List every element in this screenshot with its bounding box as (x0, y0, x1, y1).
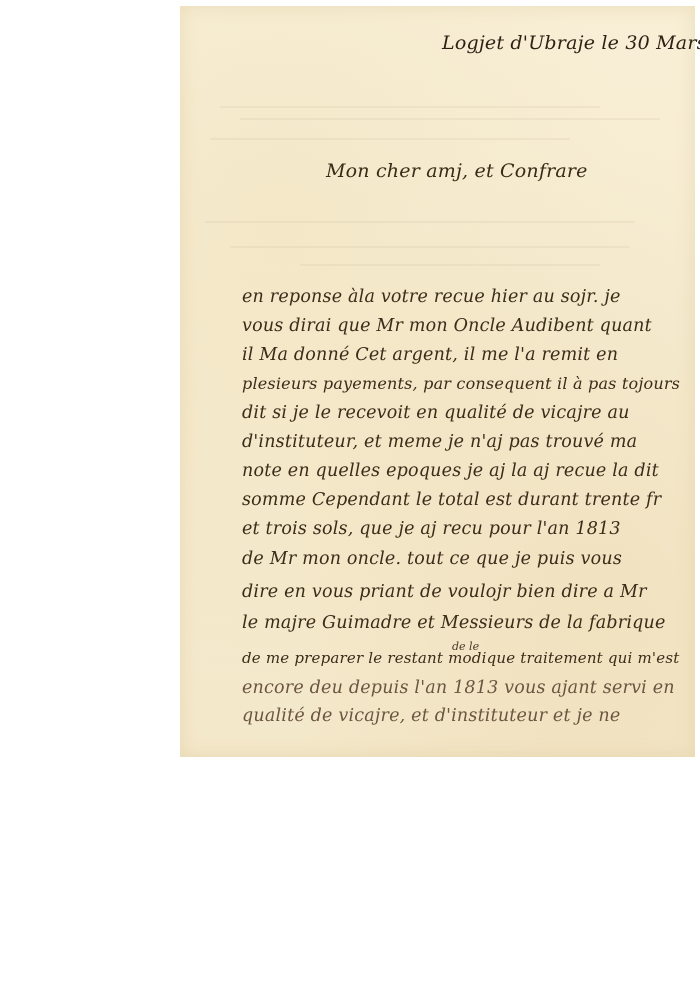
body-line-15: qualité de vicajre, et d'instituteur et … (242, 706, 620, 726)
body-line-10: de Mr mon oncle. tout ce que je puis vou… (242, 549, 622, 569)
body-line-1: en reponse àla votre recue hier au sojr.… (242, 287, 621, 307)
body-line-8: somme Cependant le total est durant tren… (242, 490, 661, 510)
bleed-through-line (210, 138, 570, 140)
body-line-14: encore deu depuis l'an 1813 vous ajant s… (242, 678, 675, 698)
body-line-7: note en quelles epoques je aj la aj recu… (242, 461, 659, 481)
letter-page: Logjet d'Ubraje le 30 Mars 1814 Mon cher… (180, 6, 695, 757)
body-line-12: le majre Guimadre et Messieurs de la fab… (242, 613, 666, 633)
body-line-13: de me preparer le restant modique traite… (242, 649, 679, 667)
body-line-4: plesieurs payements, par consequent il à… (242, 374, 680, 393)
bleed-through-line (300, 264, 600, 266)
body-line-3: il Ma donné Cet argent, il me l'a remit … (242, 345, 618, 365)
body-line-11: dire en vous priant de voulojr bien dire… (242, 582, 647, 602)
body-line-9: et trois sols, que je aj recu pour l'an … (242, 519, 621, 539)
bleed-through-line (220, 106, 600, 108)
bleed-through-line (205, 221, 635, 223)
salutation: Mon cher amj, et Confrare (326, 160, 588, 182)
body-line-6: d'instituteur, et meme je n'aj pas trouv… (242, 432, 637, 452)
body-line-5: dit si je le recevoit en qualité de vica… (242, 403, 630, 423)
bleed-through-line (230, 246, 630, 248)
scan-canvas: Logjet d'Ubraje le 30 Mars 1814 Mon cher… (0, 0, 700, 990)
dateline: Logjet d'Ubraje le 30 Mars 1814 (442, 32, 700, 54)
body-line-2: vous dirai que Mr mon Oncle Audibent qua… (242, 316, 652, 336)
bleed-through-line (240, 118, 660, 120)
